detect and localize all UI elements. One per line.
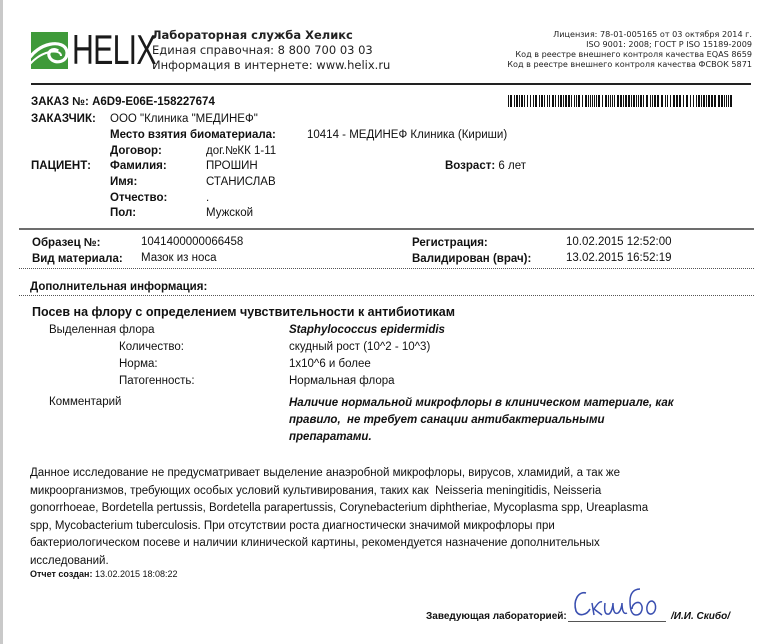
- helix-logo-icon: [31, 32, 68, 69]
- report-created: Отчет создан: 13.02.2015 18:08:22: [30, 569, 178, 580]
- contract-value: дог.№КК 1-11: [206, 144, 276, 158]
- dotted-divider: [19, 295, 754, 296]
- handwritten-signature-icon: [572, 585, 667, 621]
- comment-label: Комментарий: [49, 395, 121, 409]
- signatory-name: /И.И. Скибо/: [671, 611, 730, 623]
- license-line: Код в реестре внешнего контроля качества…: [507, 59, 752, 69]
- license-line: Код в реестре внешнего контроля качества…: [507, 49, 752, 59]
- license-line: ISO 9001: 2008; ГОСТ Р ISO 15189-2009: [507, 39, 752, 49]
- collection-place-value: 10414 - МЕДИНЕФ Клиника (Кириши): [307, 128, 507, 142]
- sample-number-label: Образец №:: [32, 236, 100, 250]
- disclaimer-text: Данное исследование не предусматривает в…: [30, 465, 760, 570]
- material-label: Вид материала:: [32, 252, 123, 266]
- surname-value: ПРОШИН: [206, 159, 258, 173]
- pathogenicity-value: Нормальная флора: [289, 374, 395, 388]
- name-label: Имя:: [110, 175, 137, 189]
- page-edge: [0, 0, 3, 644]
- patronymic-value: .: [206, 191, 209, 205]
- validated-label: Валидирован (врач):: [412, 252, 531, 266]
- sample-number-value: 1041400000066458: [141, 235, 243, 249]
- website: Информация в интернете: www.helix.ru: [152, 58, 390, 73]
- material-value: Мазок из носа: [141, 251, 217, 265]
- dotted-divider: [19, 268, 754, 269]
- signature-label: Заведующая лабораторией:: [426, 611, 567, 623]
- registration-label: Регистрация:: [412, 236, 488, 250]
- flora-label: Выделенная флора: [49, 323, 155, 337]
- contract-label: Договор:: [110, 144, 162, 158]
- norm-label: Норма:: [119, 357, 158, 371]
- patronymic-label: Отчество:: [110, 191, 167, 205]
- registration-value: 10.02.2015 12:52:00: [566, 235, 672, 249]
- barcode-icon: [508, 95, 732, 107]
- patient-label: ПАЦИЕНТ:: [31, 159, 91, 173]
- surname-label: Фамилия:: [110, 159, 167, 173]
- test-title: Посев на флору с определением чувствител…: [32, 305, 455, 320]
- sex-label: Пол:: [110, 206, 136, 220]
- hotline: Единая справочная: 8 800 700 03 03: [152, 43, 390, 58]
- norm-value: 1х10^6 и более: [289, 357, 371, 371]
- comment-value: Наличие нормальной микрофлоры в клиничес…: [289, 395, 674, 446]
- validated-value: 13.02.2015 16:52:19: [566, 251, 672, 265]
- flora-value: Staphylococcus epidermidis: [289, 323, 445, 337]
- order-number: ЗАКАЗ №: A6D9-E06E-158227674: [31, 95, 215, 109]
- customer-label: ЗАКАЗЧИК:: [31, 112, 96, 126]
- license-line: Лицензия: 78-01-005165 от 03 октября 201…: [507, 29, 752, 39]
- lab-contacts: Лабораторная служба Хеликс Единая справо…: [152, 28, 390, 73]
- collection-place-label: Место взятия биоматериала:: [110, 128, 276, 142]
- name-value: СТАНИСЛАВ: [206, 175, 276, 189]
- logo-wordmark: HELIX: [72, 27, 156, 73]
- section-divider: [19, 228, 754, 230]
- quantity-value: скудный рост (10^2 - 10^3): [289, 340, 430, 354]
- header-divider: [31, 83, 751, 85]
- quantity-label: Количество:: [119, 340, 184, 354]
- pathogenicity-label: Патогенность:: [119, 374, 195, 388]
- additional-info-label: Дополнительная информация:: [30, 280, 207, 294]
- sex-value: Мужской: [206, 206, 253, 220]
- customer-value: ООО "Клиника "МЕДИНЕФ": [110, 112, 258, 126]
- license-block: Лицензия: 78-01-005165 от 03 октября 201…: [507, 29, 752, 69]
- age-field: Возраст: 6 лет: [445, 159, 526, 173]
- lab-name: Лабораторная служба Хеликс: [152, 28, 390, 43]
- signature-line: [568, 621, 666, 622]
